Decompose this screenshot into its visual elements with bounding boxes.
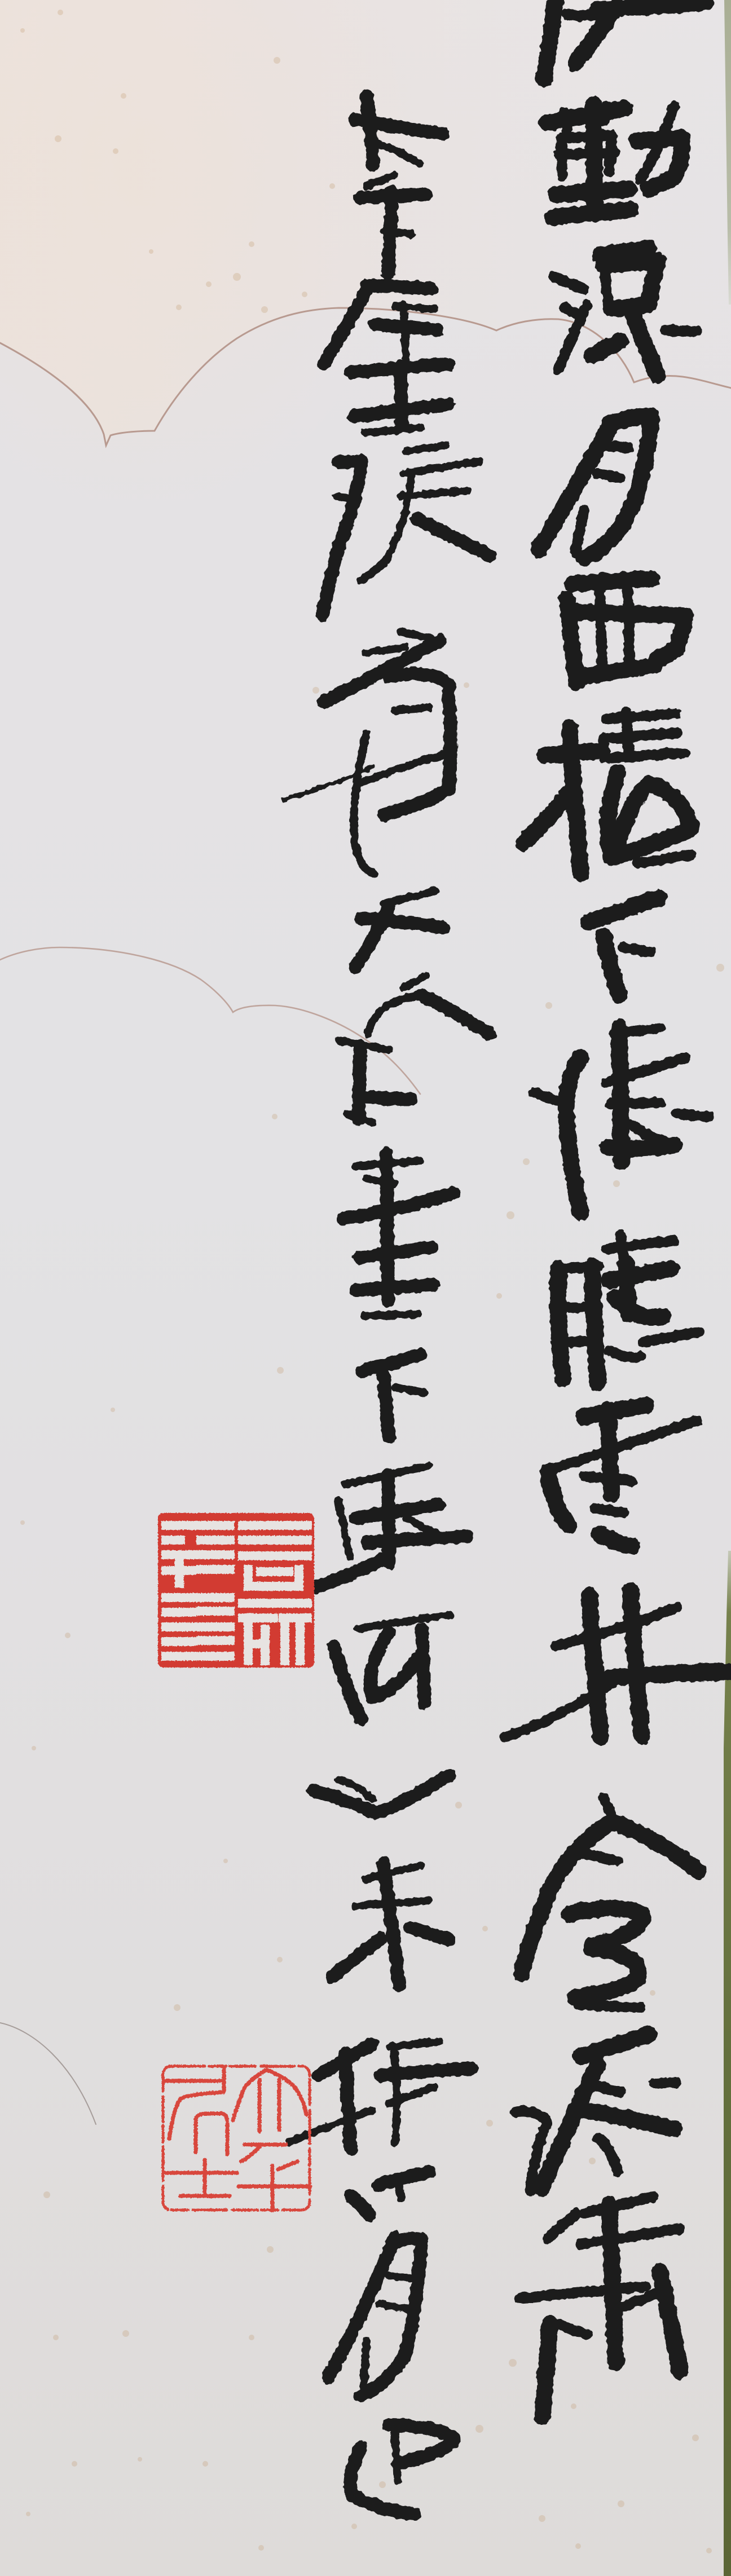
calligraphy-char: 倉 (522, 1798, 698, 2008)
brush-stroke (324, 640, 451, 815)
scroll-artwork: Poem text column (right), black ink runn… (0, 0, 731, 2576)
brush-stroke (362, 1355, 420, 1437)
foxing-spot (464, 682, 469, 688)
brush-stroke (333, 1864, 448, 1985)
foxing-spot (302, 292, 307, 297)
foxing-spot (65, 1633, 71, 1638)
brush-stroke (313, 1775, 448, 1813)
foxing-spot (716, 964, 724, 972)
calligraphy-char: 会 (338, 976, 490, 1122)
calligraphy-char: 八 (351, 2172, 430, 2215)
brush-stroke (351, 2172, 430, 2215)
foxing-spot (121, 93, 126, 99)
calligraphy-char: 樓 (523, 712, 691, 874)
foxing-spot (174, 2004, 180, 2011)
brush-stroke (384, 891, 435, 903)
foxing-spot (589, 2158, 596, 2164)
brush-stroke (600, 585, 630, 674)
foxing-spot (20, 1520, 25, 1525)
brush-stroke (541, 2035, 674, 2188)
foxing-spot (32, 1746, 36, 1750)
foxing-spot (650, 1990, 655, 1996)
calligraphy-char: 士 (351, 364, 448, 433)
signature-column: Signature and date column (left) 大 千 居 士… (284, 96, 490, 2514)
foxing-spot (706, 2548, 712, 2553)
calligraphy-char: 林 (505, 1590, 728, 1737)
brush-stroke (334, 1630, 424, 1719)
brush-stroke (350, 2425, 454, 2514)
brush-stroke (328, 2238, 422, 2396)
calligraphy-char: 乙 (313, 1775, 448, 1813)
foxing-spot (261, 306, 268, 313)
foxing-spot (692, 2434, 699, 2441)
foxing-spot (43, 2191, 50, 2198)
foxing-spot (176, 305, 182, 310)
mount-strip-bottom (724, 1551, 731, 2576)
brush-stroke (395, 1387, 424, 1393)
cloud-outline-lower (0, 2023, 96, 2124)
calligraphy-char: 張 (323, 445, 490, 615)
foxing-spot (122, 2330, 129, 2337)
foxing-spot (539, 2515, 545, 2522)
brush-stroke (398, 2181, 402, 2199)
foxing-spot (249, 2335, 254, 2340)
calligraphy-char: 爰 (284, 632, 451, 874)
foxing-spot (509, 2359, 517, 2367)
brush-stroke (355, 905, 443, 967)
foxing-spot (571, 2403, 576, 2409)
brush-stroke (567, 10, 615, 16)
calligraphy-char: 何 (334, 1615, 450, 1719)
calligraphy-char: 雲 (546, 1405, 697, 1546)
foxing-spot (113, 148, 118, 154)
foxing-spot (613, 1180, 620, 1187)
brush-stroke (351, 364, 448, 423)
foxing-spot (206, 281, 212, 287)
foxing-spot (277, 1367, 284, 1374)
brush-stroke (623, 947, 650, 952)
paper-warm-region (0, 0, 731, 445)
foxing-spot (202, 2461, 208, 2467)
brush-stroke (316, 1475, 467, 1587)
foxing-spot (55, 135, 61, 142)
foxing-spot (149, 249, 153, 254)
brush-stroke (539, 416, 651, 558)
brush-stroke (566, 1027, 674, 1212)
brush-stroke (558, 1263, 671, 1383)
foxing-spot (111, 1408, 115, 1412)
brush-stroke (546, 1421, 697, 1512)
calligraphy-char: 秋 (289, 2041, 471, 2149)
foxing-spot (258, 2545, 264, 2551)
foxing-spot (138, 2457, 142, 2462)
foxing-spot (26, 2512, 30, 2516)
calligraphy-char: 下 (588, 898, 659, 995)
brush-stroke (522, 1821, 698, 1997)
brush-stroke (358, 1615, 450, 1629)
foxing-spot (233, 273, 241, 281)
calligraphy-char: 此 (316, 1466, 467, 1587)
calligraphy-char: 月 (328, 2238, 422, 2396)
seal-intaglio: 蜀郡張爰 (158, 1513, 314, 1668)
foxing-spot (272, 1114, 278, 1119)
calligraphy-char: 憑 (535, 1027, 708, 1212)
foxing-spot (223, 1859, 228, 1863)
calligraphy-char: 夜 (514, 2035, 676, 2191)
foxing-spot (351, 2524, 357, 2529)
foxing-spot (486, 2120, 493, 2127)
foxing-spot (482, 1926, 488, 1931)
foxing-spot (58, 10, 63, 15)
calligraphy-char: 月 (539, 416, 651, 558)
calligraphy-char: 西 (567, 579, 685, 682)
brush-stroke (364, 427, 420, 433)
calligraphy-char: 大 (355, 891, 443, 967)
foxing-spot (53, 2335, 59, 2340)
brush-stroke (323, 461, 490, 615)
brush-stroke (289, 2041, 440, 2143)
foxing-spot (523, 1158, 530, 1165)
foxing-spot (20, 28, 25, 33)
foxing-spot (475, 2425, 483, 2433)
calligraphy-char: 也 (350, 2425, 454, 2514)
brush-stroke (395, 2433, 398, 2481)
calligraphy-char: 未 (333, 1864, 448, 1985)
foxing-spot (277, 1957, 283, 1962)
foxing-spot (545, 1002, 552, 1009)
calligraphy-char: 下 (362, 1355, 424, 1437)
calligraphy-char: 聽 (556, 1235, 699, 1383)
foxing-spot (618, 2500, 624, 2507)
foxing-spot (329, 183, 335, 189)
foxing-spot (379, 2481, 386, 2488)
foxing-spot (249, 241, 254, 247)
foxing-spot (575, 2543, 581, 2549)
calligraphy-char: 堂 (343, 1153, 454, 1316)
foxing-spot (507, 1211, 514, 1219)
foxing-spot (274, 57, 280, 64)
foxing-spot (72, 2461, 77, 2467)
foxing-spot (267, 2246, 274, 2253)
foxing-spot (312, 687, 319, 694)
brush-stroke (343, 1153, 454, 1300)
foxing-spot (455, 1802, 462, 1809)
calligraphy-char: 蕭 (520, 2196, 680, 2416)
foxing-spot (496, 1293, 502, 1299)
scroll-photo: Poem text column (right), black ink runn… (0, 0, 731, 2576)
